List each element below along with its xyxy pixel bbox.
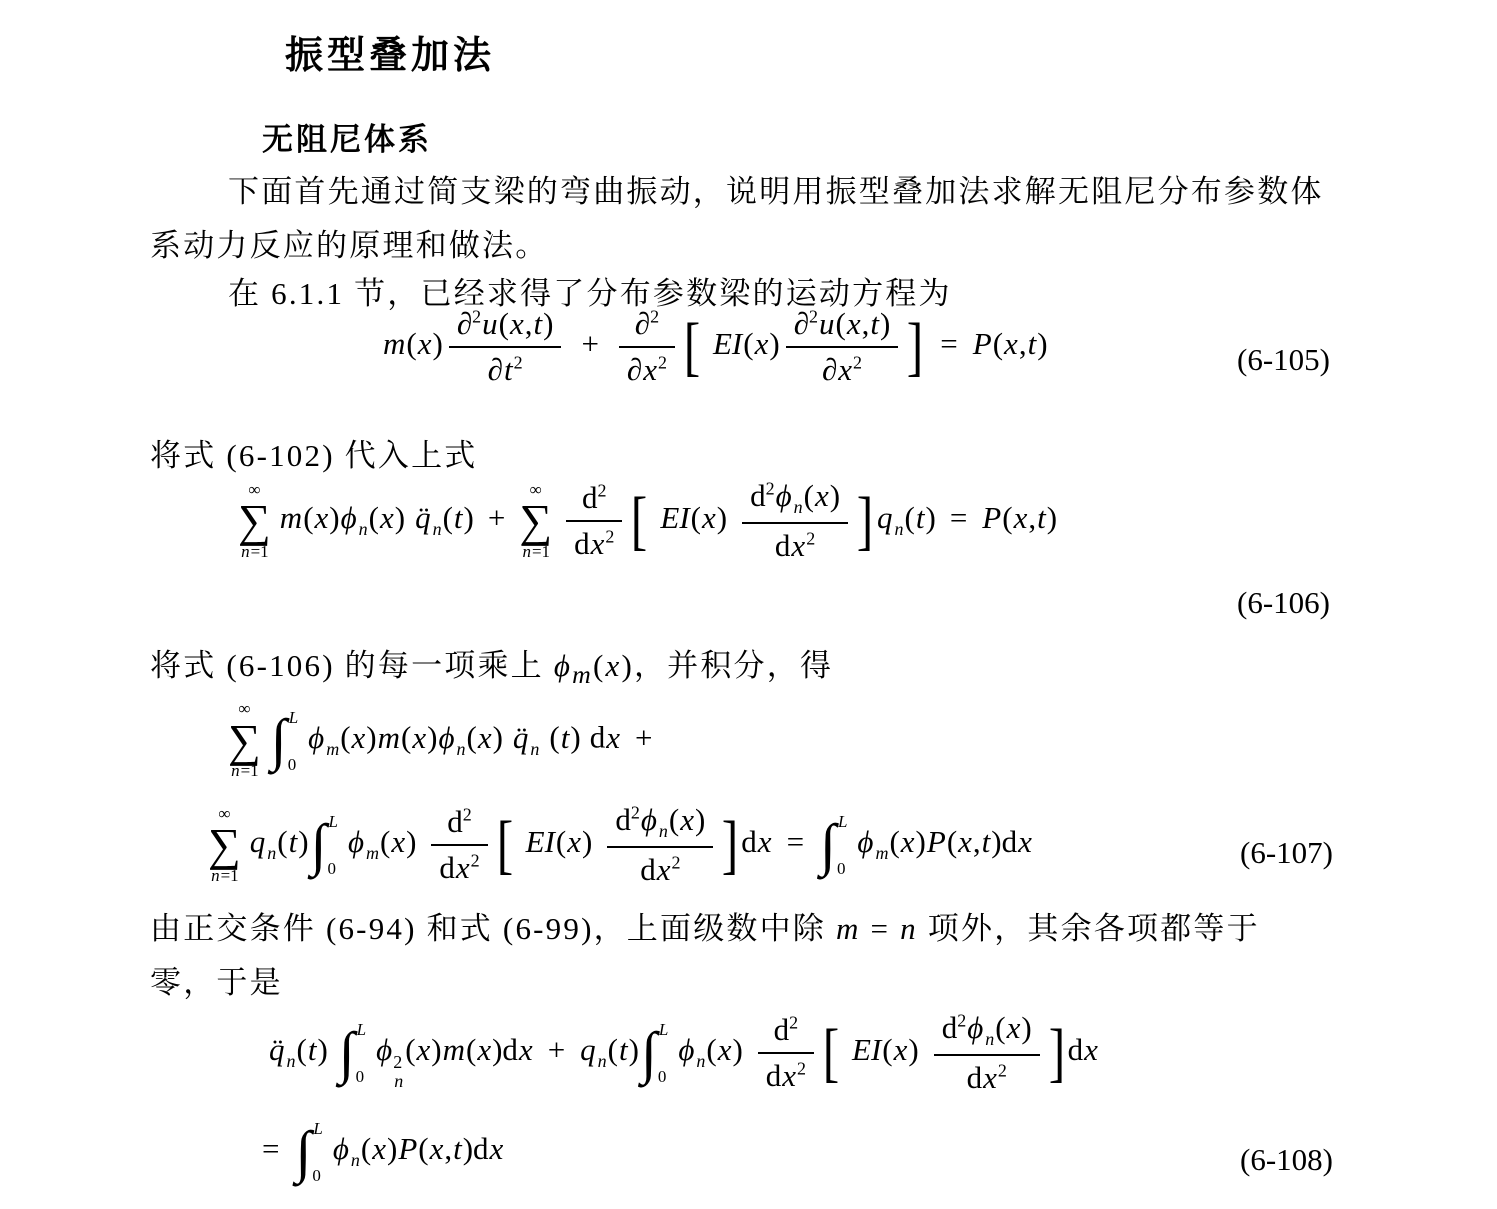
equation-label-6-106: (6-106) (1237, 585, 1330, 621)
equation-6-106: ∞∑n=1m(x)ϕn(x)q̈n(t)+∞∑n=1d2dx2[EI(x)d2ϕ… (238, 478, 1057, 564)
equation-label-6-108: (6-108) (1240, 1142, 1333, 1178)
paragraph-intro-line2: 系动力反应的原理和做法。 (150, 220, 548, 265)
equation-6-108-line1: q̈n(t)∫L0ϕ2n(x)m(x)dx+qn(t)∫L0ϕn(x)d2dx2… (268, 1010, 1099, 1096)
subsection-heading: 无阻尼体系 (262, 114, 432, 159)
scanned-textbook-page: 振型叠加法 无阻尼体系 下面首先通过简支梁的弯曲振动，说明用振型叠加法求解无阻尼… (0, 0, 1497, 1209)
equation-label-6-105: (6-105) (1237, 342, 1330, 378)
paragraph-orthogonality-line2: 零，于是 (150, 957, 283, 1002)
paragraph-intro-line1: 下面首先通过简支梁的弯曲振动，说明用振型叠加法求解无阻尼分布参数体 (228, 166, 1324, 211)
equation-6-108-line2: =∫L0ϕn(x)P(x,t)dx (248, 1120, 504, 1184)
equation-label-6-107: (6-107) (1240, 835, 1333, 871)
equation-6-107-line2: ∞∑n=1qn(t)∫L0ϕm(x)d2dx2[EI(x)d2ϕn(x)dx2]… (208, 802, 1033, 888)
section-title: 振型叠加法 (285, 24, 495, 79)
paragraph-orthogonality-line1: 由正交条件 (6-94) 和式 (6-99)，上面级数中除 m = n 项外，其… (150, 903, 1260, 948)
equation-6-105: m(x)∂2u(x,t)∂t2+∂2∂x2[EI(x)∂2u(x,t)∂x2]=… (382, 306, 1048, 388)
paragraph-multiply-integrate: 将式 (6-106) 的每一项乘上 ϕm(x)，并积分，得 (150, 640, 833, 690)
equation-6-107-line1: ∞∑n=1∫L0ϕm(x)m(x)ϕn(x)q̈n(t)dx+ (228, 700, 666, 781)
paragraph-substitute-6-102: 将式 (6-102) 代入上式 (150, 430, 477, 475)
